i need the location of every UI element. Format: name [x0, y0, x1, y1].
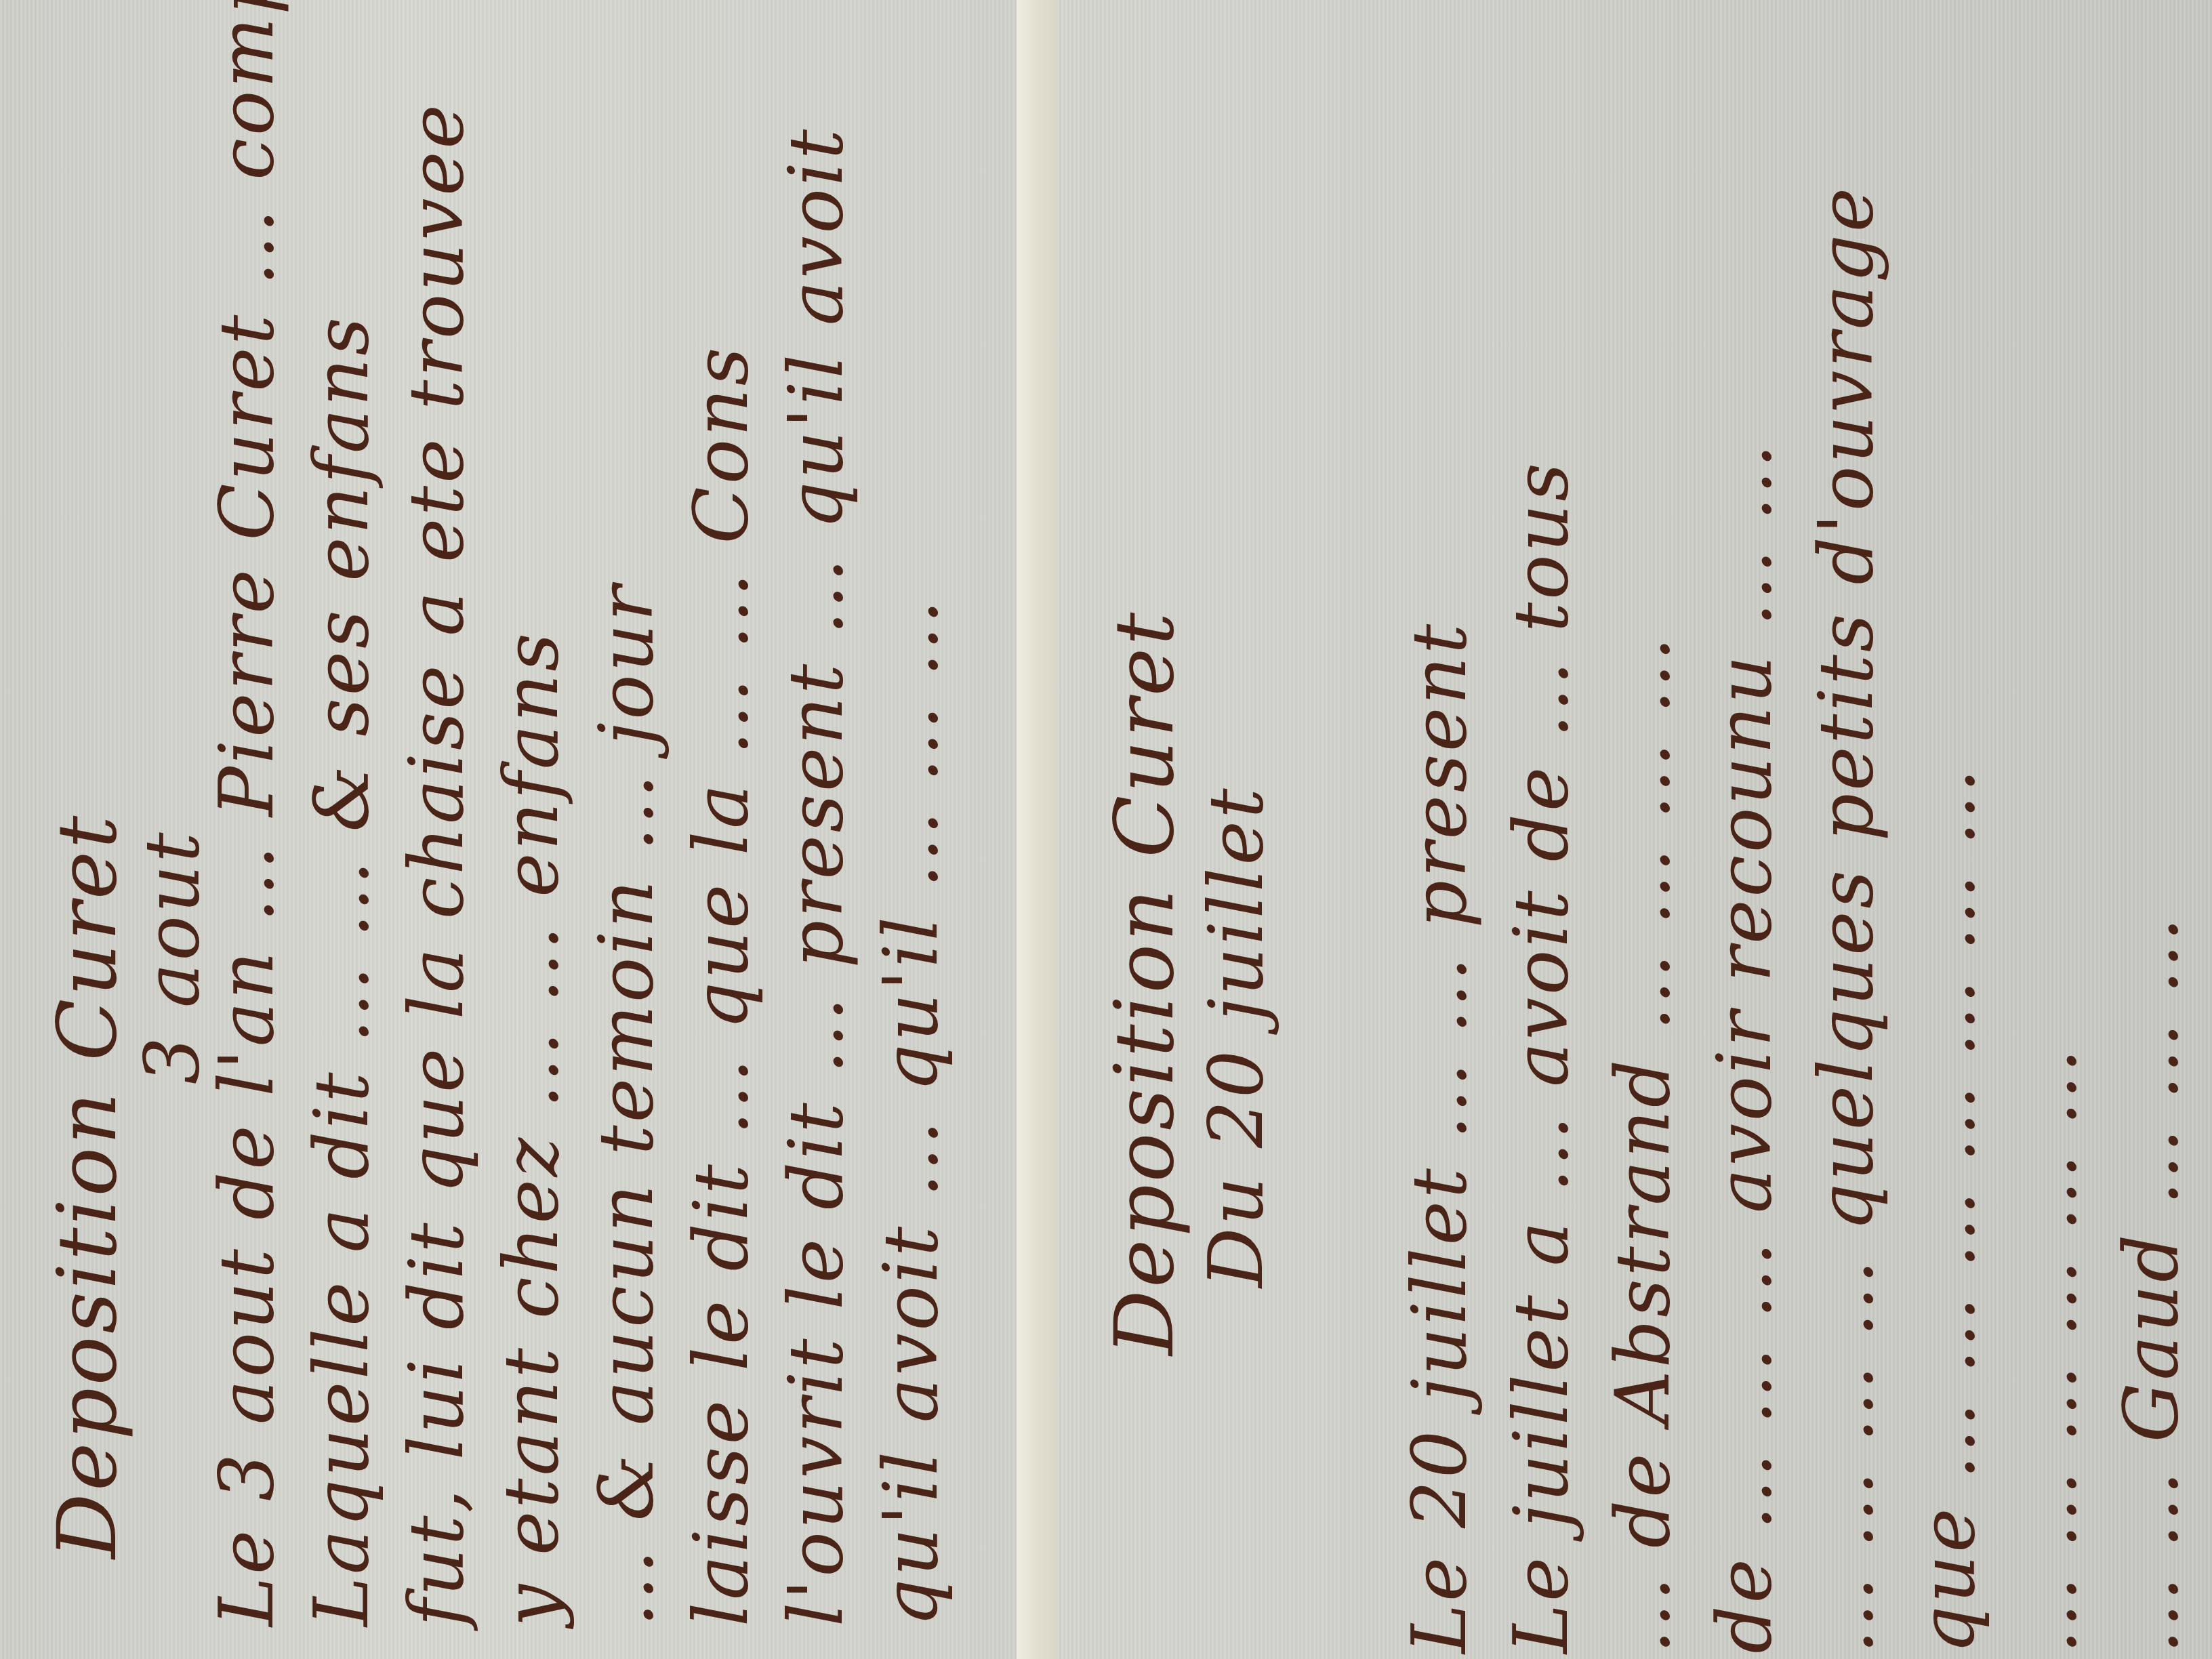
left-page-heading: Deposition Curet	[41, 813, 135, 1559]
page-fold	[1017, 0, 1057, 1659]
text-line: Laquelle a dit ... ... & ses enfans	[298, 314, 385, 1626]
text-line: Le juillet a ... avoit de ... tous	[1498, 460, 1584, 1654]
text-line: l'ouvrit le dit ... present ... qu'il av…	[773, 127, 859, 1626]
text-line: fut, lui dit que la chaise a ete trouvee	[393, 102, 480, 1626]
left-page-date: 3 aout	[129, 829, 216, 1084]
text-line: ... ... Gaud ... ... ...	[2108, 915, 2194, 1654]
text-line: Le 3 aout de l'an ... Pierre Curet ... c…	[203, 0, 290, 1626]
text-line: ... & aucun temoin ... jour	[583, 583, 670, 1626]
text-line: que ... ... ... ... ... ... ...	[1904, 766, 1991, 1654]
text-line: laisse le dit ... que la ... ... Cons	[678, 345, 764, 1626]
text-line: y etant chez ... ... enfans	[488, 630, 575, 1626]
text-line: de ... ... ... avoir recounu ... ...	[1701, 441, 1788, 1654]
right-page-date: Du 20 juillet	[1193, 785, 1279, 1288]
text-line: qu'il avoit ... qu'il ... ... ...	[867, 598, 954, 1626]
right-page-heading: Deposition Curet	[1098, 610, 1192, 1355]
text-line: ... ... ... ... quelques petits d'ouvrag…	[1803, 185, 1889, 1654]
text-line: ... ... ... ... ... ...	[2006, 1046, 2093, 1654]
text-line: ... de Abstrand ... ... ... ...	[1599, 634, 1686, 1654]
text-line: Le 20 juillet ... ... present	[1396, 621, 1483, 1654]
